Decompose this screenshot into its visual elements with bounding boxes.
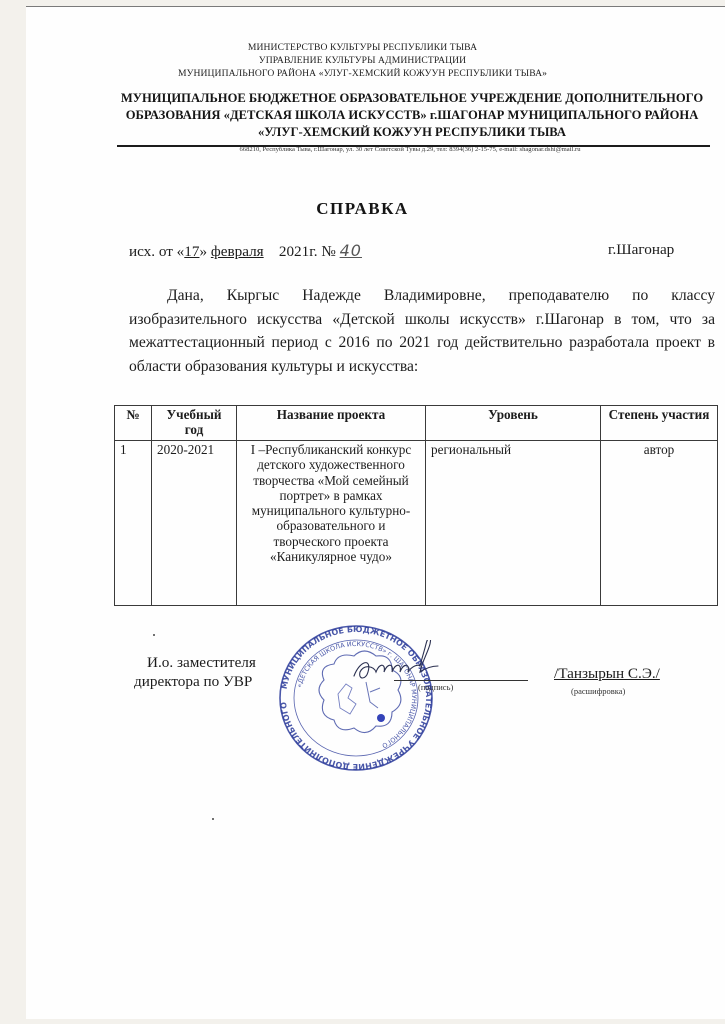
organization-address: 668210, Республика Тыва, г.Шагонар, ул. … bbox=[180, 145, 640, 154]
name-caption: (расшифровка) bbox=[571, 686, 625, 696]
signatory-role: И.о. заместителя директора по УВР bbox=[147, 653, 256, 691]
city: г.Шагонар bbox=[608, 241, 674, 259]
ministry-line: УПРАВЛЕНИЕ КУЛЬТУРЫ АДМИНИСТРАЦИИ bbox=[0, 55, 725, 68]
signature-caption: (подпись) bbox=[418, 682, 453, 692]
signature-line bbox=[394, 680, 528, 681]
cell-num: 1 bbox=[115, 441, 152, 606]
signatory-name: /Танзырын С.Э./ bbox=[554, 665, 660, 683]
header-year: Учебный год bbox=[152, 406, 237, 441]
reference-line: исх. от «17» февраля 2021г. № 40 bbox=[129, 241, 362, 261]
cell-year: 2020-2021 bbox=[152, 441, 237, 606]
body-paragraph: Дана, Кыргыс Надежде Владимировне, препо… bbox=[129, 284, 715, 378]
ministry-line: МУНИЦИПАЛЬНОГО РАЙОНА «УЛУГ-ХЕМСКИЙ КОЖУ… bbox=[0, 68, 725, 81]
scan-speck bbox=[153, 634, 155, 636]
ref-month: февраля bbox=[211, 243, 264, 260]
header-level: Уровень bbox=[426, 406, 601, 441]
org-line: ОБРАЗОВАНИЯ «ДЕТСКАЯ ШКОЛА ИСКУССТВ» г.Ш… bbox=[112, 107, 712, 124]
org-line: «УЛУГ-ХЕМСКИЙ КОЖУУН РЕСПУБЛИКИ ТЫВА bbox=[112, 124, 712, 141]
header-num: № bbox=[115, 406, 152, 441]
cell-level: региональный bbox=[426, 441, 601, 606]
ref-mid: » bbox=[199, 243, 210, 260]
ref-year: 2021г. № bbox=[279, 243, 336, 260]
header-project-name: Название проекта bbox=[237, 406, 426, 441]
ministry-line: МИНИСТЕРСТВО КУЛЬТУРЫ РЕСПУБЛИКИ ТЫВА bbox=[0, 42, 725, 55]
header-participation: Степень участия bbox=[601, 406, 718, 441]
projects-table: № Учебный год Название проекта Уровень С… bbox=[114, 405, 718, 606]
table-row: 1 2020-2021 I –Республиканский конкурс д… bbox=[115, 441, 718, 606]
ministry-header: МИНИСТЕРСТВО КУЛЬТУРЫ РЕСПУБЛИКИ ТЫВА УП… bbox=[0, 42, 725, 80]
cell-participation: автор bbox=[601, 441, 718, 606]
org-line: МУНИЦИПАЛЬНОЕ БЮДЖЕТНОЕ ОБРАЗОВАТЕЛЬНОЕ … bbox=[112, 90, 712, 107]
cell-project-name: I –Республиканский конкурс детского худо… bbox=[237, 441, 426, 606]
document-title: СПРАВКА bbox=[0, 199, 725, 219]
organization-header: МУНИЦИПАЛЬНОЕ БЮДЖЕТНОЕ ОБРАЗОВАТЕЛЬНОЕ … bbox=[112, 90, 712, 141]
role-line-2: директора по УВР bbox=[134, 672, 256, 691]
ref-prefix: исх. от « bbox=[129, 243, 184, 260]
ref-number: 40 bbox=[340, 241, 362, 260]
table-header-row: № Учебный год Название проекта Уровень С… bbox=[115, 406, 718, 441]
ref-day: 17 bbox=[184, 243, 199, 260]
body-text: Дана, Кыргыс Надежде Владимировне, препо… bbox=[129, 287, 715, 375]
role-line-1: И.о. заместителя bbox=[147, 653, 256, 672]
scan-speck bbox=[212, 818, 214, 820]
